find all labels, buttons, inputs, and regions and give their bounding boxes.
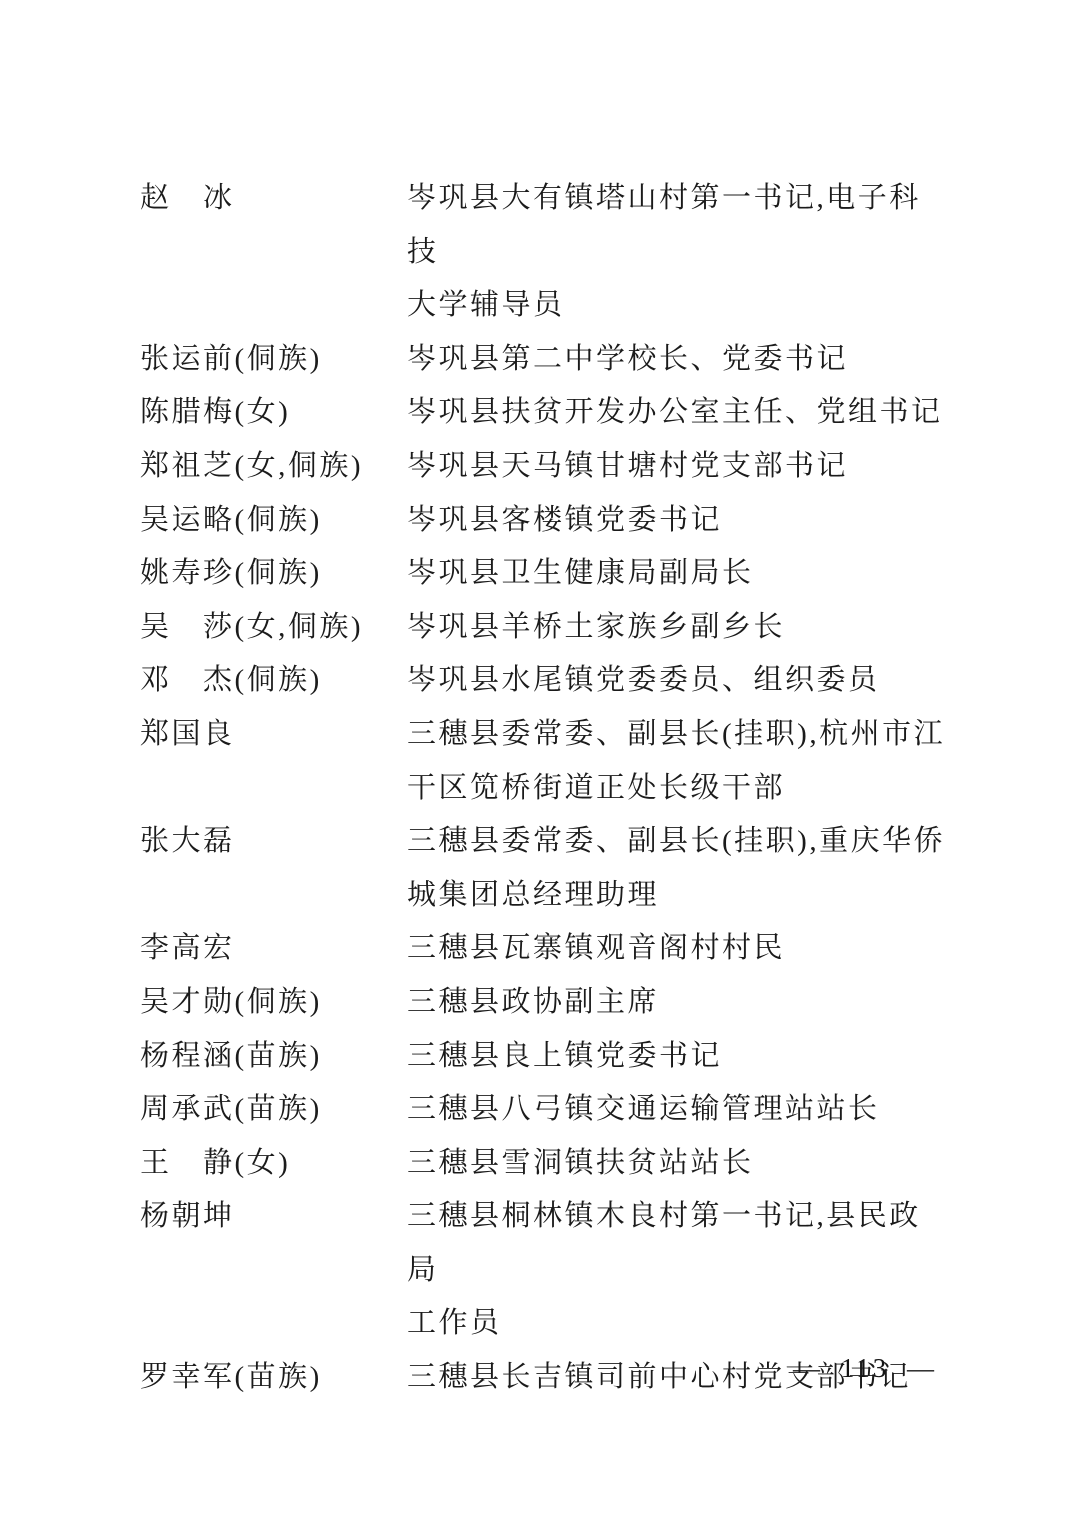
- roster-row: 杨朝坤 三穗县桐林镇木良村第一书记,县民政局 工作员: [140, 1190, 950, 1351]
- person-name: 吴才勋(侗族): [140, 976, 407, 1030]
- person-name: 郑祖芝(女,侗族): [140, 440, 407, 494]
- roster-row: 吴才勋(侗族) 三穗县政协副主席: [140, 976, 950, 1030]
- roster-row: 姚寿珍(侗族) 岑巩县卫生健康局副局长: [140, 547, 950, 601]
- person-name: 陈腊梅(女): [140, 386, 407, 440]
- person-name: 赵 冰: [140, 172, 407, 226]
- document-page: 赵 冰 岑巩县大有镇塔山村第一书记,电子科技 大学辅导员 张运前(侗族) 岑巩县…: [0, 0, 1080, 1527]
- person-position: 三穗县委常委、副县长(挂职),杭州市江 干区笕桥街道正处长级干部: [407, 708, 950, 815]
- person-position: 岑巩县第二中学校长、党委书记: [407, 333, 950, 387]
- roster-row: 郑祖芝(女,侗族) 岑巩县天马镇甘塘村党支部书记: [140, 440, 950, 494]
- person-name: 李高宏: [140, 922, 407, 976]
- person-name: 罗幸军(苗族): [140, 1351, 407, 1405]
- person-name: 吴运略(侗族): [140, 494, 407, 548]
- person-position: 岑巩县大有镇塔山村第一书记,电子科技 大学辅导员: [407, 172, 950, 333]
- person-name: 王 静(女): [140, 1137, 407, 1191]
- person-name: 姚寿珍(侗族): [140, 547, 407, 601]
- roster-row: 王 静(女) 三穗县雪洞镇扶贫站站长: [140, 1137, 950, 1191]
- person-position: 岑巩县羊桥土家族乡副乡长: [407, 601, 950, 655]
- person-position: 三穗县良上镇党委书记: [407, 1030, 950, 1084]
- person-position: 岑巩县客楼镇党委书记: [407, 494, 950, 548]
- person-name: 杨朝坤: [140, 1190, 407, 1244]
- person-name: 杨程涵(苗族): [140, 1030, 407, 1084]
- page-number: — 113 —: [793, 1352, 937, 1384]
- person-name: 吴 莎(女,侗族): [140, 601, 407, 655]
- person-position: 岑巩县扶贫开发办公室主任、党组书记: [407, 386, 950, 440]
- roster-row: 邓 杰(侗族) 岑巩县水尾镇党委委员、组织委员: [140, 654, 950, 708]
- roster-row: 张大磊 三穗县委常委、副县长(挂职),重庆华侨 城集团总经理助理: [140, 815, 950, 922]
- person-name: 邓 杰(侗族): [140, 654, 407, 708]
- person-name: 张大磊: [140, 815, 407, 869]
- person-name: 周承武(苗族): [140, 1083, 407, 1137]
- person-position: 三穗县政协副主席: [407, 976, 950, 1030]
- person-position: 岑巩县卫生健康局副局长: [407, 547, 950, 601]
- person-position: 三穗县桐林镇木良村第一书记,县民政局 工作员: [407, 1190, 950, 1351]
- roster-row: 张运前(侗族) 岑巩县第二中学校长、党委书记: [140, 333, 950, 387]
- roster-row: 陈腊梅(女) 岑巩县扶贫开发办公室主任、党组书记: [140, 386, 950, 440]
- roster-row: 周承武(苗族) 三穗县八弓镇交通运输管理站站长: [140, 1083, 950, 1137]
- roster-row: 吴 莎(女,侗族) 岑巩县羊桥土家族乡副乡长: [140, 601, 950, 655]
- person-position: 岑巩县天马镇甘塘村党支部书记: [407, 440, 950, 494]
- person-position: 三穗县雪洞镇扶贫站站长: [407, 1137, 950, 1191]
- roster-row: 李高宏 三穗县瓦寨镇观音阁村村民: [140, 922, 950, 976]
- roster-row: 郑国良 三穗县委常委、副县长(挂职),杭州市江 干区笕桥街道正处长级干部: [140, 708, 950, 815]
- person-position: 三穗县委常委、副县长(挂职),重庆华侨 城集团总经理助理: [407, 815, 950, 922]
- roster-list: 赵 冰 岑巩县大有镇塔山村第一书记,电子科技 大学辅导员 张运前(侗族) 岑巩县…: [140, 172, 950, 1405]
- person-position: 三穗县瓦寨镇观音阁村村民: [407, 922, 950, 976]
- person-name: 张运前(侗族): [140, 333, 407, 387]
- person-position: 岑巩县水尾镇党委委员、组织委员: [407, 654, 950, 708]
- roster-row: 杨程涵(苗族) 三穗县良上镇党委书记: [140, 1030, 950, 1084]
- person-position: 三穗县八弓镇交通运输管理站站长: [407, 1083, 950, 1137]
- roster-row: 吴运略(侗族) 岑巩县客楼镇党委书记: [140, 494, 950, 548]
- roster-row: 赵 冰 岑巩县大有镇塔山村第一书记,电子科技 大学辅导员: [140, 172, 950, 333]
- person-name: 郑国良: [140, 708, 407, 762]
